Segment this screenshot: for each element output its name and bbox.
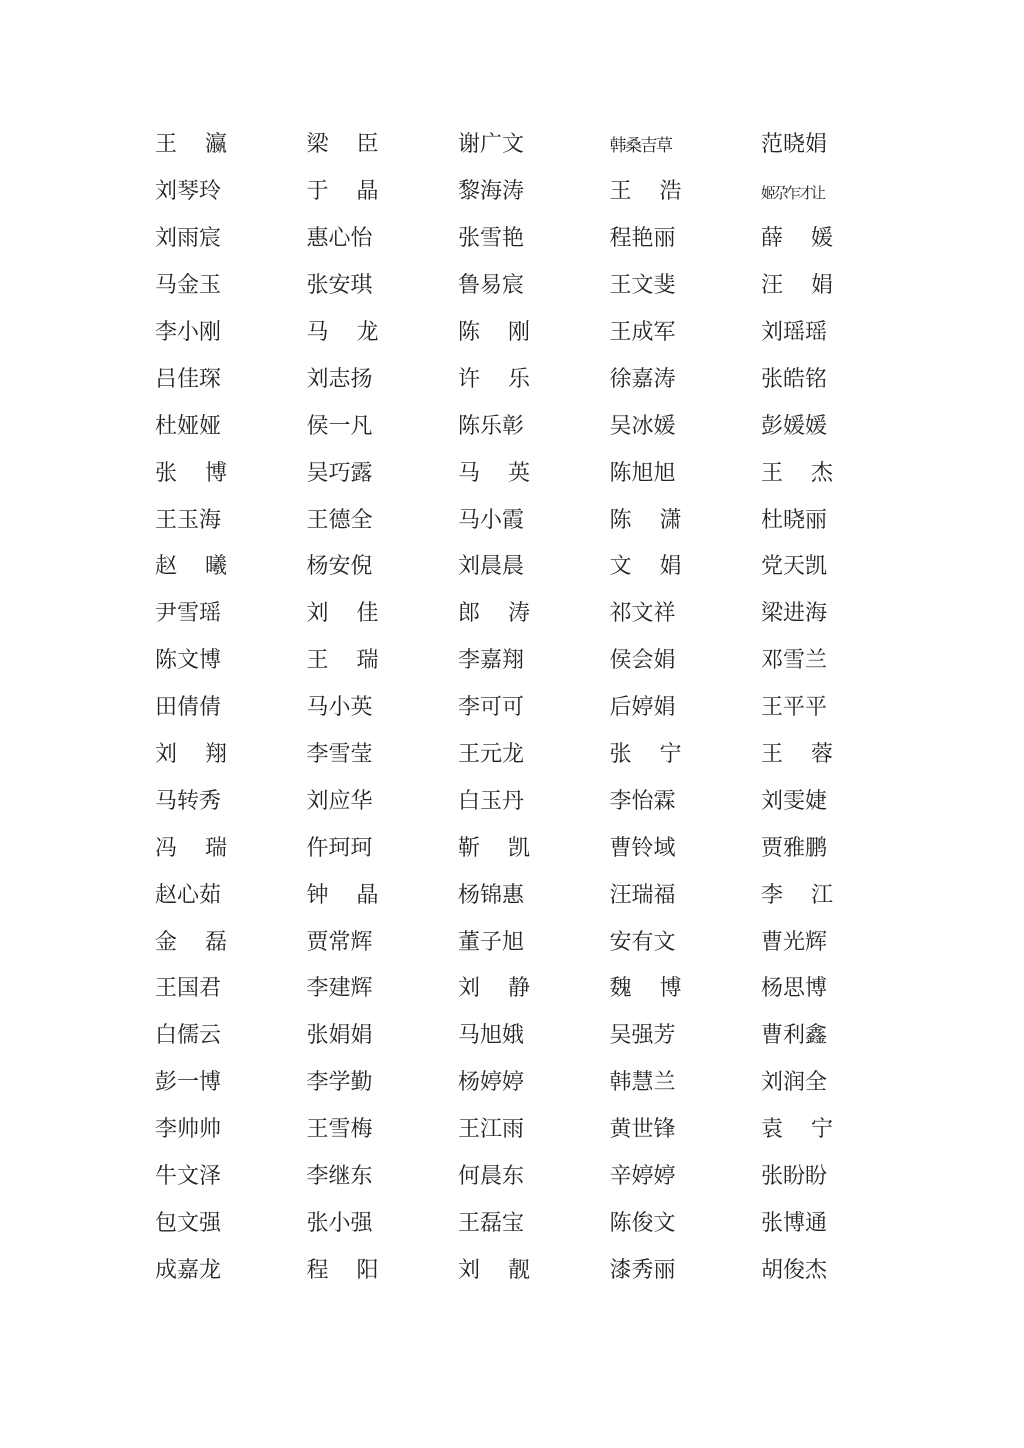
person-name: 陈文博 (155, 650, 227, 672)
name-cell: 曹光辉 (761, 932, 913, 954)
person-name: 靳凯 (458, 838, 530, 860)
person-name: 彭一博 (155, 1072, 227, 1094)
name-cell: 侯一凡 (307, 416, 459, 438)
person-name: 杨思博 (761, 978, 833, 1000)
name-cell: 刘雨宸 (155, 228, 307, 250)
name-row: 田倩倩马小英李可可后婷娟王平平 (155, 685, 875, 732)
person-name: 马英 (458, 463, 530, 485)
name-cell: 郎涛 (458, 603, 610, 625)
name-cell: 金磊 (155, 932, 307, 954)
name-row: 王国君李建辉刘静魏博杨思博 (155, 966, 875, 1013)
name-cell: 贾雅鹏 (761, 838, 913, 860)
name-cell: 王成军 (610, 322, 762, 344)
person-name: 刘雯婕 (761, 791, 833, 813)
name-cell: 惠心怡 (307, 228, 459, 250)
person-name: 侯会娟 (610, 650, 682, 672)
name-row: 吕佳琛刘志扬许乐徐嘉涛张皓铭 (155, 356, 875, 403)
person-name: 杨锦惠 (458, 885, 530, 907)
name-row: 李帅帅王雪梅王江雨黄世锋袁宁 (155, 1107, 875, 1154)
name-cell: 刘琴玲 (155, 181, 307, 203)
person-name: 李帅帅 (155, 1119, 227, 1141)
person-name: 吴巧露 (307, 463, 379, 485)
name-row: 包文强张小强王磊宝陈俊文张博通 (155, 1200, 875, 1247)
person-name: 何晨东 (458, 1166, 530, 1188)
name-cell: 贾常辉 (307, 932, 459, 954)
person-name: 吴强芳 (610, 1025, 682, 1047)
person-name: 汪娟 (761, 275, 833, 297)
name-cell: 王蓉 (761, 744, 913, 766)
person-name: 赵心茹 (155, 885, 227, 907)
name-cell: 吴冰媛 (610, 416, 762, 438)
person-name: 张皓铭 (761, 369, 833, 391)
person-name: 曹铃域 (610, 838, 682, 860)
person-name: 鲁易宸 (458, 275, 530, 297)
person-name: 汪瑞福 (610, 885, 682, 907)
name-cell: 徐嘉涛 (610, 369, 762, 391)
name-cell: 程阳 (307, 1260, 459, 1282)
name-cell: 王平平 (761, 697, 913, 719)
name-cell: 刘翔 (155, 744, 307, 766)
person-name: 张宁 (610, 744, 682, 766)
person-name: 杜晓丽 (761, 510, 833, 532)
person-name: 仵珂珂 (307, 838, 379, 860)
person-name: 杨安倪 (307, 556, 379, 578)
name-cell: 谢广文 (458, 134, 610, 156)
document-page: 王瀛梁臣谢广文韩桑吉草范晓娟刘琴玲于晶黎海涛王浩姬尕乍才让刘雨宸惠心怡张雪艳程艳… (0, 0, 1024, 1448)
name-cell: 李继东 (307, 1166, 459, 1188)
name-cell: 王磊宝 (458, 1213, 610, 1235)
name-cell: 梁臣 (307, 134, 459, 156)
person-name: 王蓉 (761, 744, 833, 766)
name-row: 马转秀刘应华白玉丹李怡霖刘雯婕 (155, 778, 875, 825)
name-cell: 包文强 (155, 1213, 307, 1235)
person-name: 辛婷婷 (610, 1166, 682, 1188)
name-cell: 马金玉 (155, 275, 307, 297)
name-row: 成嘉龙程阳刘靓漆秀丽胡俊杰 (155, 1247, 875, 1294)
name-cell: 王瑞 (307, 650, 459, 672)
name-cell: 李嘉翔 (458, 650, 610, 672)
name-cell: 袁宁 (761, 1119, 913, 1141)
person-name: 刘志扬 (307, 369, 379, 391)
name-cell: 漆秀丽 (610, 1260, 762, 1282)
person-name: 张娟娟 (307, 1025, 379, 1047)
person-name: 包文强 (155, 1213, 227, 1235)
person-name: 侯一凡 (307, 416, 379, 438)
person-name: 王文斐 (610, 275, 682, 297)
name-cell: 邓雪兰 (761, 650, 913, 672)
name-cell: 张小强 (307, 1213, 459, 1235)
name-row: 陈文博王瑞李嘉翔侯会娟邓雪兰 (155, 638, 875, 685)
name-cell: 黄世锋 (610, 1119, 762, 1141)
person-name: 王磊宝 (458, 1213, 530, 1235)
person-name: 李建辉 (307, 978, 379, 1000)
name-cell: 张盼盼 (761, 1166, 913, 1188)
name-row: 赵曦杨安倪刘晨晨文娟党天凯 (155, 544, 875, 591)
name-cell: 刘晨晨 (458, 556, 610, 578)
person-name: 张博通 (761, 1213, 833, 1235)
person-name: 李怡霖 (610, 791, 682, 813)
person-name: 黎海涛 (458, 181, 530, 203)
name-row: 冯瑞仵珂珂靳凯曹铃域贾雅鹏 (155, 825, 875, 872)
name-row: 刘琴玲于晶黎海涛王浩姬尕乍才让 (155, 169, 875, 216)
name-cell: 何晨东 (458, 1166, 610, 1188)
name-cell: 党天凯 (761, 556, 913, 578)
person-name: 李学勤 (307, 1072, 379, 1094)
name-cell: 汪娟 (761, 275, 913, 297)
name-cell: 冯瑞 (155, 838, 307, 860)
name-row: 牛文泽李继东何晨东辛婷婷张盼盼 (155, 1154, 875, 1201)
person-name: 钟晶 (307, 885, 379, 907)
person-name: 魏博 (610, 978, 682, 1000)
name-cell: 马小英 (307, 697, 459, 719)
name-cell: 王德全 (307, 510, 459, 532)
name-cell: 姬尕乍才让 (761, 183, 913, 202)
person-name: 王玉海 (155, 510, 227, 532)
name-cell: 张安琪 (307, 275, 459, 297)
person-name: 王杰 (761, 463, 833, 485)
name-cell: 杨思博 (761, 978, 913, 1000)
name-cell: 文娟 (610, 556, 762, 578)
name-cell: 杜娅娅 (155, 416, 307, 438)
person-name: 薛媛 (761, 228, 833, 250)
name-cell: 刘瑶瑶 (761, 322, 913, 344)
person-name: 刘佳 (307, 603, 379, 625)
name-cell: 曹铃域 (610, 838, 762, 860)
name-row: 李小刚马龙陈刚王成军刘瑶瑶 (155, 310, 875, 357)
name-cell: 刘静 (458, 978, 610, 1000)
name-cell: 王文斐 (610, 275, 762, 297)
person-name: 刘靓 (458, 1260, 530, 1282)
person-name: 马小英 (307, 697, 379, 719)
person-name: 李可可 (458, 697, 530, 719)
person-name: 刘晨晨 (458, 556, 530, 578)
person-name: 漆秀丽 (610, 1260, 682, 1282)
name-cell: 陈刚 (458, 322, 610, 344)
person-name: 马小霞 (458, 510, 530, 532)
name-cell: 祁文祥 (610, 603, 762, 625)
name-row: 杜娅娅侯一凡陈乐彰吴冰媛彭媛媛 (155, 403, 875, 450)
person-name: 马旭娥 (458, 1025, 530, 1047)
person-name: 姬尕乍才让 (761, 186, 833, 201)
person-name: 李江 (761, 885, 833, 907)
person-name: 王平平 (761, 697, 833, 719)
person-name: 牛文泽 (155, 1166, 227, 1188)
person-name: 李雪莹 (307, 744, 379, 766)
person-name: 惠心怡 (307, 228, 379, 250)
name-cell: 白玉丹 (458, 791, 610, 813)
person-name: 尹雪瑶 (155, 603, 227, 625)
name-row: 马金玉张安琪鲁易宸王文斐汪娟 (155, 263, 875, 310)
name-cell: 李江 (761, 885, 913, 907)
name-row: 金磊贾常辉董子旭安有文曹光辉 (155, 919, 875, 966)
person-name: 刘瑶瑶 (761, 322, 833, 344)
person-name: 安有文 (610, 932, 682, 954)
name-cell: 牛文泽 (155, 1166, 307, 1188)
person-name: 徐嘉涛 (610, 369, 682, 391)
name-cell: 鲁易宸 (458, 275, 610, 297)
name-cell: 王杰 (761, 463, 913, 485)
person-name: 刘琴玲 (155, 181, 227, 203)
person-name: 胡俊杰 (761, 1260, 833, 1282)
name-cell: 彭一博 (155, 1072, 307, 1094)
person-name: 刘应华 (307, 791, 379, 813)
person-name: 范晓娟 (761, 134, 833, 156)
person-name: 张盼盼 (761, 1166, 833, 1188)
person-name: 王国君 (155, 978, 227, 1000)
person-name: 金磊 (155, 932, 227, 954)
name-cell: 王玉海 (155, 510, 307, 532)
name-cell: 后婷娟 (610, 697, 762, 719)
name-cell: 田倩倩 (155, 697, 307, 719)
person-name: 李继东 (307, 1166, 379, 1188)
name-cell: 王国君 (155, 978, 307, 1000)
name-row: 赵心茹钟晶杨锦惠汪瑞福李江 (155, 872, 875, 919)
name-cell: 王元龙 (458, 744, 610, 766)
name-cell: 李雪莹 (307, 744, 459, 766)
person-name: 张安琪 (307, 275, 379, 297)
person-name: 王瀛 (155, 134, 227, 156)
name-cell: 程艳丽 (610, 228, 762, 250)
person-name: 韩桑吉草 (610, 138, 682, 155)
name-cell: 张宁 (610, 744, 762, 766)
person-name: 彭媛媛 (761, 416, 833, 438)
name-cell: 杨婷婷 (458, 1072, 610, 1094)
person-name: 张雪艳 (458, 228, 530, 250)
name-cell: 李小刚 (155, 322, 307, 344)
name-cell: 李建辉 (307, 978, 459, 1000)
person-name: 刘翔 (155, 744, 227, 766)
person-name: 贾雅鹏 (761, 838, 833, 860)
name-cell: 杨安倪 (307, 556, 459, 578)
name-row: 王瀛梁臣谢广文韩桑吉草范晓娟 (155, 122, 875, 169)
person-name: 党天凯 (761, 556, 833, 578)
person-name: 贾常辉 (307, 932, 379, 954)
person-name: 曹利鑫 (761, 1025, 833, 1047)
name-cell: 张娟娟 (307, 1025, 459, 1047)
name-cell: 张博 (155, 463, 307, 485)
name-grid: 王瀛梁臣谢广文韩桑吉草范晓娟刘琴玲于晶黎海涛王浩姬尕乍才让刘雨宸惠心怡张雪艳程艳… (155, 122, 875, 1294)
person-name: 陈俊文 (610, 1213, 682, 1235)
name-cell: 陈旭旭 (610, 463, 762, 485)
person-name: 董子旭 (458, 932, 530, 954)
name-cell: 赵曦 (155, 556, 307, 578)
name-cell: 刘志扬 (307, 369, 459, 391)
person-name: 王瑞 (307, 650, 379, 672)
name-cell: 李怡霖 (610, 791, 762, 813)
name-cell: 靳凯 (458, 838, 610, 860)
person-name: 陈乐彰 (458, 416, 530, 438)
name-cell: 杜晓丽 (761, 510, 913, 532)
person-name: 吕佳琛 (155, 369, 227, 391)
name-cell: 马旭娥 (458, 1025, 610, 1047)
name-cell: 梁进海 (761, 603, 913, 625)
person-name: 梁臣 (307, 134, 379, 156)
name-cell: 于晶 (307, 181, 459, 203)
name-cell: 刘应华 (307, 791, 459, 813)
name-cell: 张博通 (761, 1213, 913, 1235)
person-name: 刘润全 (761, 1072, 833, 1094)
person-name: 刘静 (458, 978, 530, 1000)
name-cell: 王瀛 (155, 134, 307, 156)
person-name: 后婷娟 (610, 697, 682, 719)
name-row: 张博吴巧露马英陈旭旭王杰 (155, 450, 875, 497)
person-name: 郎涛 (458, 603, 530, 625)
person-name: 于晶 (307, 181, 379, 203)
person-name: 白玉丹 (458, 791, 530, 813)
person-name: 白儒云 (155, 1025, 227, 1047)
name-cell: 薛媛 (761, 228, 913, 250)
person-name: 邓雪兰 (761, 650, 833, 672)
person-name: 马金玉 (155, 275, 227, 297)
person-name: 陈潇 (610, 510, 682, 532)
person-name: 王元龙 (458, 744, 530, 766)
person-name: 王雪梅 (307, 1119, 379, 1141)
person-name: 刘雨宸 (155, 228, 227, 250)
name-cell: 张皓铭 (761, 369, 913, 391)
person-name: 杜娅娅 (155, 416, 227, 438)
person-name: 成嘉龙 (155, 1260, 227, 1282)
name-cell: 韩慧兰 (610, 1072, 762, 1094)
name-cell: 董子旭 (458, 932, 610, 954)
name-row: 彭一博李学勤杨婷婷韩慧兰刘润全 (155, 1060, 875, 1107)
name-cell: 李帅帅 (155, 1119, 307, 1141)
name-cell: 刘润全 (761, 1072, 913, 1094)
name-row: 刘雨宸惠心怡张雪艳程艳丽薛媛 (155, 216, 875, 263)
name-cell: 白儒云 (155, 1025, 307, 1047)
person-name: 田倩倩 (155, 697, 227, 719)
name-cell: 马龙 (307, 322, 459, 344)
person-name: 韩慧兰 (610, 1072, 682, 1094)
person-name: 李嘉翔 (458, 650, 530, 672)
person-name: 陈刚 (458, 322, 530, 344)
name-cell: 刘佳 (307, 603, 459, 625)
name-cell: 尹雪瑶 (155, 603, 307, 625)
name-cell: 吕佳琛 (155, 369, 307, 391)
name-cell: 汪瑞福 (610, 885, 762, 907)
name-cell: 辛婷婷 (610, 1166, 762, 1188)
person-name: 张博 (155, 463, 227, 485)
person-name: 程阳 (307, 1260, 379, 1282)
person-name: 李小刚 (155, 322, 227, 344)
name-cell: 王雪梅 (307, 1119, 459, 1141)
name-cell: 安有文 (610, 932, 762, 954)
name-cell: 仵珂珂 (307, 838, 459, 860)
name-cell: 王浩 (610, 181, 762, 203)
name-cell: 韩桑吉草 (610, 136, 762, 155)
name-cell: 黎海涛 (458, 181, 610, 203)
name-cell: 赵心茹 (155, 885, 307, 907)
name-row: 刘翔李雪莹王元龙张宁王蓉 (155, 732, 875, 779)
person-name: 袁宁 (761, 1119, 833, 1141)
person-name: 梁进海 (761, 603, 833, 625)
person-name: 曹光辉 (761, 932, 833, 954)
name-cell: 陈文博 (155, 650, 307, 672)
person-name: 赵曦 (155, 556, 227, 578)
name-cell: 刘靓 (458, 1260, 610, 1282)
name-cell: 马英 (458, 463, 610, 485)
name-cell: 张雪艳 (458, 228, 610, 250)
name-cell: 成嘉龙 (155, 1260, 307, 1282)
person-name: 文娟 (610, 556, 682, 578)
person-name: 吴冰媛 (610, 416, 682, 438)
person-name: 杨婷婷 (458, 1072, 530, 1094)
person-name: 陈旭旭 (610, 463, 682, 485)
person-name: 王江雨 (458, 1119, 530, 1141)
name-row: 王玉海王德全马小霞陈潇杜晓丽 (155, 497, 875, 544)
person-name: 王浩 (610, 181, 682, 203)
name-cell: 魏博 (610, 978, 762, 1000)
name-cell: 王江雨 (458, 1119, 610, 1141)
name-cell: 钟晶 (307, 885, 459, 907)
name-cell: 李学勤 (307, 1072, 459, 1094)
name-cell: 陈俊文 (610, 1213, 762, 1235)
name-cell: 吴强芳 (610, 1025, 762, 1047)
name-cell: 曹利鑫 (761, 1025, 913, 1047)
person-name: 许乐 (458, 369, 530, 391)
person-name: 王成军 (610, 322, 682, 344)
name-cell: 范晓娟 (761, 134, 913, 156)
name-cell: 吴巧露 (307, 463, 459, 485)
person-name: 马龙 (307, 322, 379, 344)
person-name: 黄世锋 (610, 1119, 682, 1141)
name-cell: 彭媛媛 (761, 416, 913, 438)
person-name: 祁文祥 (610, 603, 682, 625)
name-cell: 陈乐彰 (458, 416, 610, 438)
name-cell: 马小霞 (458, 510, 610, 532)
name-cell: 陈潇 (610, 510, 762, 532)
person-name: 谢广文 (458, 134, 530, 156)
person-name: 马转秀 (155, 791, 227, 813)
person-name: 冯瑞 (155, 838, 227, 860)
name-cell: 胡俊杰 (761, 1260, 913, 1282)
name-cell: 刘雯婕 (761, 791, 913, 813)
person-name: 程艳丽 (610, 228, 682, 250)
name-cell: 杨锦惠 (458, 885, 610, 907)
name-row: 白儒云张娟娟马旭娥吴强芳曹利鑫 (155, 1013, 875, 1060)
name-cell: 许乐 (458, 369, 610, 391)
name-row: 尹雪瑶刘佳郎涛祁文祥梁进海 (155, 591, 875, 638)
name-cell: 侯会娟 (610, 650, 762, 672)
name-cell: 李可可 (458, 697, 610, 719)
name-cell: 马转秀 (155, 791, 307, 813)
person-name: 张小强 (307, 1213, 379, 1235)
person-name: 王德全 (307, 510, 379, 532)
